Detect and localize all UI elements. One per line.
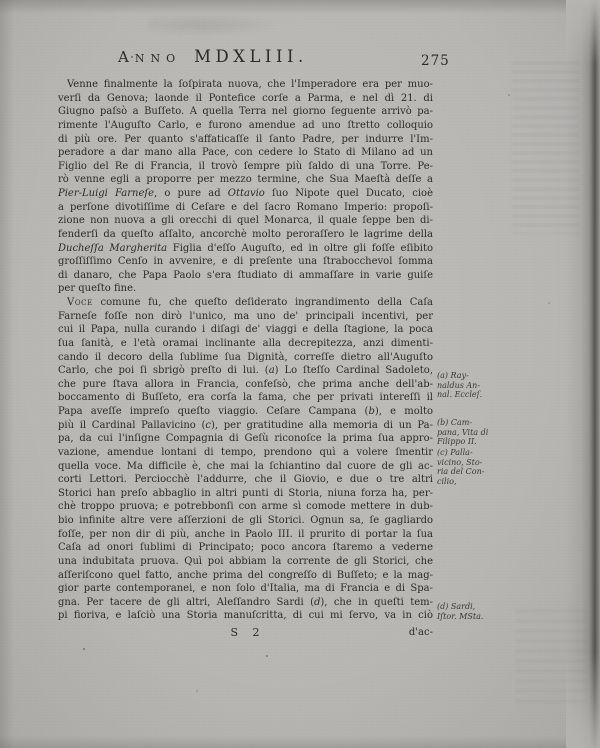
body-text-line: Pier-Luigi Farneſe, o pure ad Ottavio ſu… xyxy=(58,187,433,201)
body-text-line: Figlio del Re di Francia, il trovò ſempr… xyxy=(58,160,433,174)
body-text-line: cando il decoro della ſublime ſua Dignit… xyxy=(58,351,433,365)
body-text-line: che pure ſtava allora in Francia, confeſ… xyxy=(58,378,433,392)
body-text-line: fenderſi da queſto aſſalto, ancorchè mol… xyxy=(58,228,433,242)
body-text-line: zione non nuova a gli orecchi di quel Mo… xyxy=(58,214,433,228)
margin-note: (c) Palla- vicino, Sto- ria del Con- cil… xyxy=(437,448,499,486)
footer-row: S 2 d'ac- xyxy=(58,626,433,640)
body-text-line: peradore a dar mano alla Pace, con ceder… xyxy=(58,146,433,160)
body-text-line: a perſone divotiſſime di Ceſare e del ſa… xyxy=(58,201,433,215)
body-text-line: bio infinite altre vere aſſerzioni de gl… xyxy=(58,514,433,528)
ink-showthrough-right-top xyxy=(512,62,578,234)
body-text-line: verſi da Genova; laonde il Pontefice cor… xyxy=(58,92,433,106)
margin-note: (a) Ray- naldus An- nal. Eccleſ. xyxy=(437,371,499,400)
body-text-line: per queſto fine. xyxy=(58,282,433,296)
body-text-line: Ducheſſa Margherita Figlia d'eſſo Auguſt… xyxy=(58,242,433,256)
body-text-line: ſua ſanità, e l'età oramai inclinante al… xyxy=(58,337,433,351)
body-text-line: Venne finalmente la ſoſpirata nuova, che… xyxy=(58,78,433,92)
body-text-line: aſſeriſcono quel fatto, anche prima del … xyxy=(58,569,433,583)
body-text-line: pa, da cui l'inſigne Compagnia di Geſù r… xyxy=(58,432,433,446)
body-text-line: boccamento di Buſſeto, era corſa la fama… xyxy=(58,391,433,405)
body-text-line: gior parte contemporanei, e non ſolo d'I… xyxy=(58,582,433,596)
body-text-line: rimente l'Auguſto Carlo, e furono amendu… xyxy=(58,119,433,133)
book-page: Anno MDXLIII. 275 Venne finalmente la ſo… xyxy=(0,0,600,748)
gathering-signature: S 2 xyxy=(58,626,433,639)
body-text-line: una indubitata pruova. Quì poi abbiam la… xyxy=(58,555,433,569)
running-head-year: MDXLIII. xyxy=(194,47,308,66)
body-text-line: chè troppo pruova; e potrebbonſi con arm… xyxy=(58,500,433,514)
body-text-line: corti Lettori. Perciocchè l'addurre, che… xyxy=(58,473,433,487)
body-text-line: foſſe, per non dir di più, anche in Paol… xyxy=(58,528,433,542)
catchword: d'ac- xyxy=(409,627,433,638)
body-text-line: Caſa ad onori ſublimi di Principato; poc… xyxy=(58,541,433,555)
ink-specks xyxy=(0,0,2,2)
body-text-line: quella voce. Ma difficile è, che mai la … xyxy=(58,460,433,474)
body-text-line: Papa aveſſe impreſo queſto viaggio. Ceſa… xyxy=(58,405,433,419)
body-text-line: Carlo, che poi ſi sbrigò preſto di lui. … xyxy=(58,364,433,378)
body-text-line: Farneſe foſſe non dirò l'unico, ma uno d… xyxy=(58,310,433,324)
body-text-line: rò venne egli a proporre per mezzo termi… xyxy=(58,173,433,187)
body-text-line: Giugno paſsò a Buſſeto. A quella Terra n… xyxy=(58,105,433,119)
page-number: 275 xyxy=(421,53,450,69)
page-edge-fade-top xyxy=(566,0,600,64)
body-text-line: di più ore. Per quanto s'affaticaſſe il … xyxy=(58,133,433,147)
body-text-line: vazione, amendue lontani di tempo, prend… xyxy=(58,446,433,460)
running-head: Anno MDXLIII. xyxy=(118,47,308,66)
body-text-line: più il Cardinal Pallavicino (c), per gra… xyxy=(58,419,433,433)
body-text-line: cui il Papa, nulla curando i diſagi de' … xyxy=(58,323,433,337)
body-text-line: pi fioriva, e laſciò una Storia manuſcri… xyxy=(58,609,433,623)
body-text-block: Venne finalmente la ſoſpirata nuova, che… xyxy=(58,78,433,623)
body-text-line: groſſiſſimo Cenſo in avvenire, e di preſ… xyxy=(58,255,433,269)
body-text-line: di danaro, che Papa Paolo s'era ſtudiato… xyxy=(58,269,433,283)
body-text-line: gna. Per tacere de gli altri, Aleſſandro… xyxy=(58,596,433,610)
margin-note: (b) Cam- pana, Vita di Filippo II. xyxy=(437,418,499,447)
body-text-line: Storici han preſo abbaglio in altri punt… xyxy=(58,487,433,501)
ink-showthrough-header xyxy=(148,14,280,36)
ink-showthrough-right-bottom xyxy=(516,610,586,706)
running-head-anno: Anno xyxy=(118,48,181,66)
body-text-line: Voce comune fu, che queſto deſiderato in… xyxy=(58,296,433,310)
margin-note: (d) Sardi, Iſtor. MSta. xyxy=(437,602,499,621)
